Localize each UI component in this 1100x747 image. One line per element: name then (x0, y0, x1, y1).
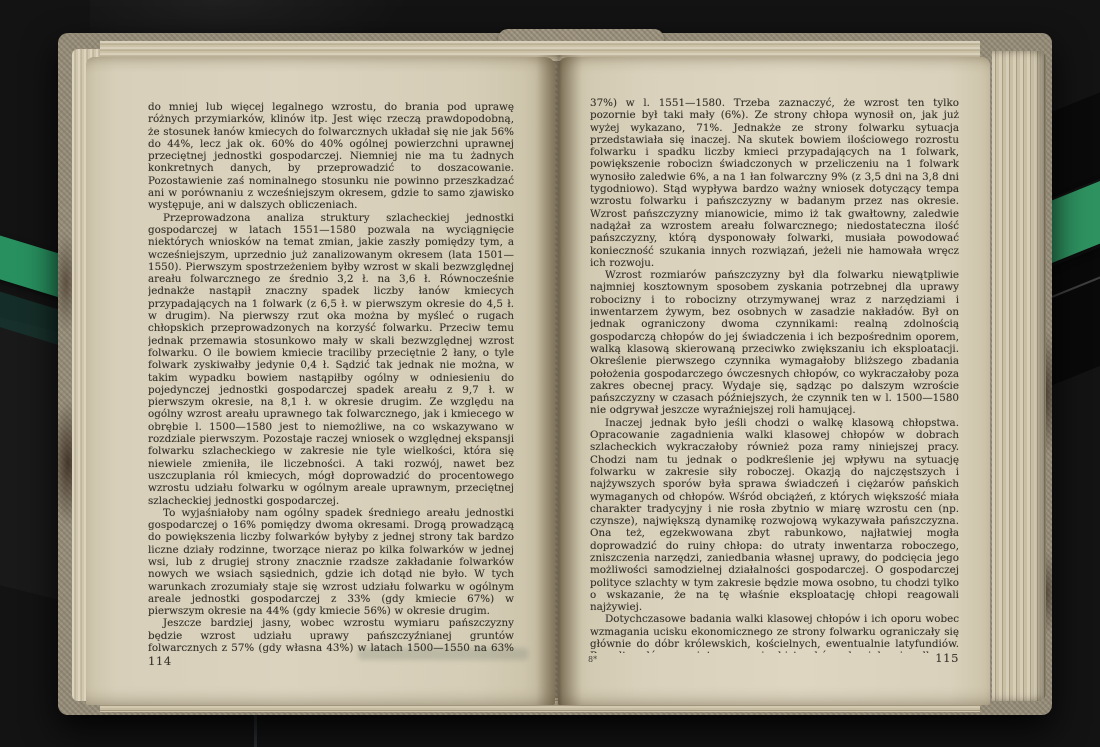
page-edges-right (992, 51, 1046, 701)
gutter-shadow (536, 55, 582, 705)
paragraph: Przeprowadzona analiza struktury szlache… (148, 212, 514, 507)
paragraph: Jeszcze bardziej jasny, wobec wzrostu wy… (148, 617, 514, 653)
paragraph: Wzrost rozmiarów pańszczyzny był dla fol… (590, 269, 959, 417)
paragraph: To wyjaśniałoby nam ogólny spadek średni… (148, 507, 514, 618)
paragraph: do mniej lub więcej legalnego wzrostu, d… (148, 101, 514, 212)
glass-reflection-line (254, 712, 257, 747)
paragraph: 37%) w l. 1551—1580. Trzeba zaznaczyć, ż… (590, 97, 959, 269)
paragraph: Inaczej jednak było jeśli chodzi o walkę… (590, 417, 959, 614)
left-page-text: do mniej lub więcej legalnego wzrostu, d… (148, 101, 514, 653)
left-page-number: 114 (148, 654, 172, 668)
paragraph: Dotychczasowe badania walki klasowej chł… (590, 613, 959, 653)
right-page-number: 115 (590, 651, 959, 665)
right-page-text: 37%) w l. 1551—1580. Trzeba zaznaczyć, ż… (590, 97, 959, 653)
